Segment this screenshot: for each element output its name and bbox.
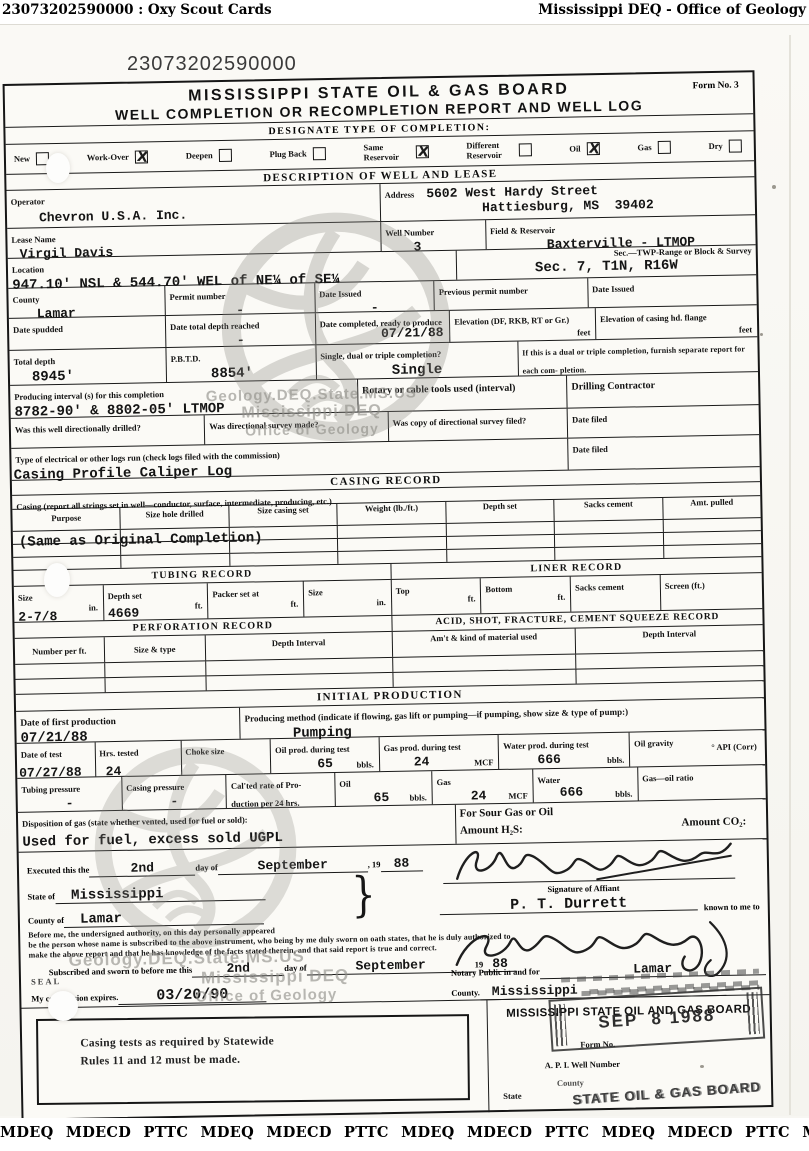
viewer-title-right: Mississippi DEQ - Office of Geology <box>538 2 806 18</box>
tubing-pressure-value: - <box>22 796 118 813</box>
acid-col-material: Am't & kind of material used <box>396 630 570 645</box>
county-line: County ofLamar <box>28 906 264 928</box>
field-drilling-contractor: Drilling Contractor <box>567 372 758 407</box>
checkbox-plug-back: Plug Back <box>269 147 325 161</box>
commission-date: 03/20/90 <box>156 986 228 1004</box>
field-completion-type: Single, dual or triple completion? Singl… <box>316 342 519 380</box>
date-issued-2-value <box>592 294 752 297</box>
casing-col-hole: Size hole drilled <box>125 507 225 521</box>
casing-col-casing-set: Size casing set <box>233 505 333 517</box>
oil-checkbox: X <box>587 142 600 155</box>
seal-label: SEAL <box>31 976 61 987</box>
affiant-name-line: P. T. Durrett <box>440 892 698 915</box>
field-gas-oil-ratio: Gas—oil ratio <box>638 765 766 800</box>
same-reservoir-checkbox: X <box>415 145 428 158</box>
field-date-issued-1: Date Issued - <box>315 281 435 312</box>
different-reservoir-checkbox <box>518 143 531 156</box>
subscribed-month: September <box>355 957 425 973</box>
checkbox-same-reservoir: Same ReservoirX <box>363 142 428 163</box>
field-county: County Lamar <box>8 286 166 318</box>
field-directional-survey: Was directional survey made? <box>205 412 389 444</box>
gas-checkbox <box>658 141 671 154</box>
casing-col-pulled: Amt. pulled <box>667 497 756 508</box>
casing-test-note-panel: Casing tests as required by Statewide Ru… <box>22 1000 490 1121</box>
deepen-checkbox <box>219 149 232 162</box>
liner-screen: Screen (ft.) <box>661 573 763 610</box>
known-to-me: known to me to <box>704 901 760 912</box>
field-date-first-production: Date of first production 07/21/88 <box>16 708 241 743</box>
board-stamp-text: STATE OIL & GAS BOARD <box>572 1079 762 1107</box>
pbtd-value: 8854' <box>211 364 312 382</box>
field-disposition: Disposition of gas (state whether vented… <box>18 805 456 852</box>
casing-col-purpose: Purpose <box>16 509 116 525</box>
executed-month: September <box>257 857 327 873</box>
dry-checkbox <box>729 139 742 152</box>
field-well-number: Well Number 3 <box>381 220 486 251</box>
field-elevation: Elevation (DF, RKB, RT or Gr.) feet <box>450 308 596 342</box>
liner-sacks: Sacks cement <box>571 575 661 612</box>
affiant-signature <box>446 834 737 885</box>
field-date-spudded: Date spudded <box>9 316 167 350</box>
date-spudded-value <box>13 335 161 338</box>
county-value2: Lamar <box>80 911 122 928</box>
api-number-annotation: 23073202590000 <box>127 53 297 76</box>
footer-strip: MDEQ MDECD PTTC MDEQ MDECD PTTC MDEQ MDE… <box>0 1124 809 1141</box>
field-date-issued-2: Date Issued <box>588 275 757 307</box>
signature-caption: Signature of Affiant <box>547 883 619 894</box>
checkbox-different-reservoir: Different Reservoir <box>466 140 531 161</box>
field-operator: Operator Chevron U.S.A. Inc. <box>7 184 382 228</box>
field-pbtd: P.B.T.D. 8854' <box>167 345 317 382</box>
field-oil-prod: Oil prod. during test 65 bbls. <box>271 737 380 773</box>
scan-speck <box>700 1065 704 1068</box>
state-value: Mississippi <box>71 886 164 904</box>
perf-col-number: Number per ft. <box>19 638 100 657</box>
bottom-block: Casing tests as required by Statewide Ru… <box>22 995 772 1121</box>
scan-blemish <box>48 991 78 1021</box>
field-casing-pressure: Casing pressure - <box>122 775 227 810</box>
work-over-checkbox: X <box>135 150 148 163</box>
field-rate-oil: Oil 65 bbls. <box>335 771 433 806</box>
subscribed-day: 2nd <box>226 961 250 976</box>
field-rotary-tools: Rotary or cable tools used (interval) <box>358 376 568 412</box>
field-directionally-drilled: Was this well directionally drilled? <box>11 415 206 448</box>
co2-label: Amount CO₂: <box>681 815 746 829</box>
field-survey-filed: Was copy of directional survey filed? <box>388 409 568 441</box>
perf-col-interval: Depth Interval <box>209 633 387 650</box>
board-county-label: County <box>557 1078 584 1088</box>
scan-speck <box>772 185 776 189</box>
liner-bottom: Bottom ft. <box>481 577 571 614</box>
casing-pressure-value: - <box>126 794 222 811</box>
field-total-depth: Total depth 8945' <box>9 348 167 385</box>
checkbox-deepen: Deepen <box>186 149 232 163</box>
executed-day: 2nd <box>130 860 154 875</box>
field-elevation-casing: Elevation of casing hd. flange feet <box>596 305 757 339</box>
perf-col-size: Size & type <box>108 636 200 655</box>
checkbox-work-over: Work-OverX <box>87 150 148 164</box>
field-permit-number: Permit number - <box>165 283 315 315</box>
tubing-size2: Size in. <box>304 580 392 617</box>
footer-strip-bar: MDEQ MDECD PTTC MDEQ MDECD PTTC MDEQ MDE… <box>0 1118 809 1151</box>
field-rate-gas: Gas 24 MCF <box>432 769 534 804</box>
state-line: State ofMississippi <box>27 882 265 904</box>
field-cal-rate: Cal'ted rate of Pro- duction per 24 hrs. <box>227 773 336 808</box>
previous-permit-value <box>439 297 583 300</box>
board-state-label: State <box>503 1092 522 1102</box>
scan-speck <box>760 333 763 336</box>
form-number: Form No. 3 <box>692 80 738 91</box>
scan-edge-shadow <box>789 35 791 1115</box>
casing-test-note-box: Casing tests as required by Statewide Ru… <box>36 1014 470 1105</box>
scanned-page: 23073202590000 MISSISSIPPI STATE OIL & G… <box>0 24 809 1116</box>
casing-col-sacks: Sacks cement <box>559 499 659 511</box>
notary-state-value: Mississippi <box>492 983 578 1000</box>
field-gas-prod: Gas prod. during test 24 MCF <box>379 735 499 771</box>
field-water-prod: Water prod. during test 666 bbls. <box>499 733 630 769</box>
viewer-title-left: 23073202590000 : Oxy Scout Cards <box>2 2 272 18</box>
field-oil-gravity: Oil gravity ° API (Corr) <box>630 730 765 766</box>
board-api-label: A. P. I. Well Number <box>545 1060 620 1071</box>
field-choke-size: Choke size <box>181 739 271 775</box>
board-panel: MISSISSIPPI STATE OIL AND GAS BOARD Form… <box>487 995 771 1112</box>
field-date-of-test: Date of test 07/27/88 <box>17 742 96 777</box>
viewer-header-bar: 23073202590000 : Oxy Scout Cards Mississ… <box>0 0 809 24</box>
field-date-filed-1: Date filed <box>568 405 759 437</box>
field-field-reservoir: Field & Reservoir Baxterville - LTMOP <box>486 215 756 249</box>
plug-back-checkbox <box>313 147 326 160</box>
checkbox-oil: OilX <box>569 142 600 156</box>
checkbox-dry: Dry <box>708 139 741 153</box>
casing-col-weight: Weight (lb./ft.) <box>342 503 442 515</box>
liner-top: Top ft. <box>391 578 481 615</box>
date-completed-value: 07/21/88 <box>381 326 444 342</box>
field-rate-water: Water 666 bbls. <box>533 767 638 802</box>
field-hrs-tested: Hrs. tested 24 <box>95 741 182 777</box>
casing-test-note-line2: Rules 11 and 12 must be made. <box>80 1049 467 1072</box>
tubing-packer: Packer set at ft. <box>208 582 304 619</box>
well-completion-form: MISSISSIPPI STATE OIL & GAS BOARD WELL C… <box>3 70 774 1121</box>
field-date-filed-2: Date filed <box>568 435 759 469</box>
field-previous-permit: Previous permit number <box>435 278 589 310</box>
field-date-completed: Date completed, ready to produce 07/21/8… <box>315 311 450 344</box>
field-producing-interval: Producing interval (s) for this completi… <box>10 380 358 418</box>
field-sec-twp: Sec.—TWP-Range or Block & Survey Sec. 7,… <box>456 245 756 279</box>
dual-completion-note: If this is a dual or triple completion, … <box>518 337 758 375</box>
scan-blemish <box>44 563 70 597</box>
checkbox-gas: Gas <box>637 141 670 155</box>
affiant-name: P. T. Durrett <box>510 895 627 914</box>
casing-col-depth: Depth set <box>450 501 550 513</box>
scan-blemish <box>46 153 70 183</box>
acid-col-interval: Depth Interval <box>580 626 759 641</box>
field-tubing-pressure: Tubing pressure - <box>17 777 122 812</box>
state-county-brace: } <box>351 867 376 922</box>
tubing-depth-set: Depth set 4669 ft. <box>104 583 209 620</box>
executed-year: 88 <box>393 856 409 871</box>
checkbox-new: New <box>14 152 49 166</box>
field-date-total-depth: Date total depth reached - <box>166 313 316 347</box>
execution-block: Executed this the2ndday ofSeptember, 198… <box>19 839 770 1009</box>
field-address: Address 5602 West Hardy Street Hattiesbu… <box>380 177 755 221</box>
